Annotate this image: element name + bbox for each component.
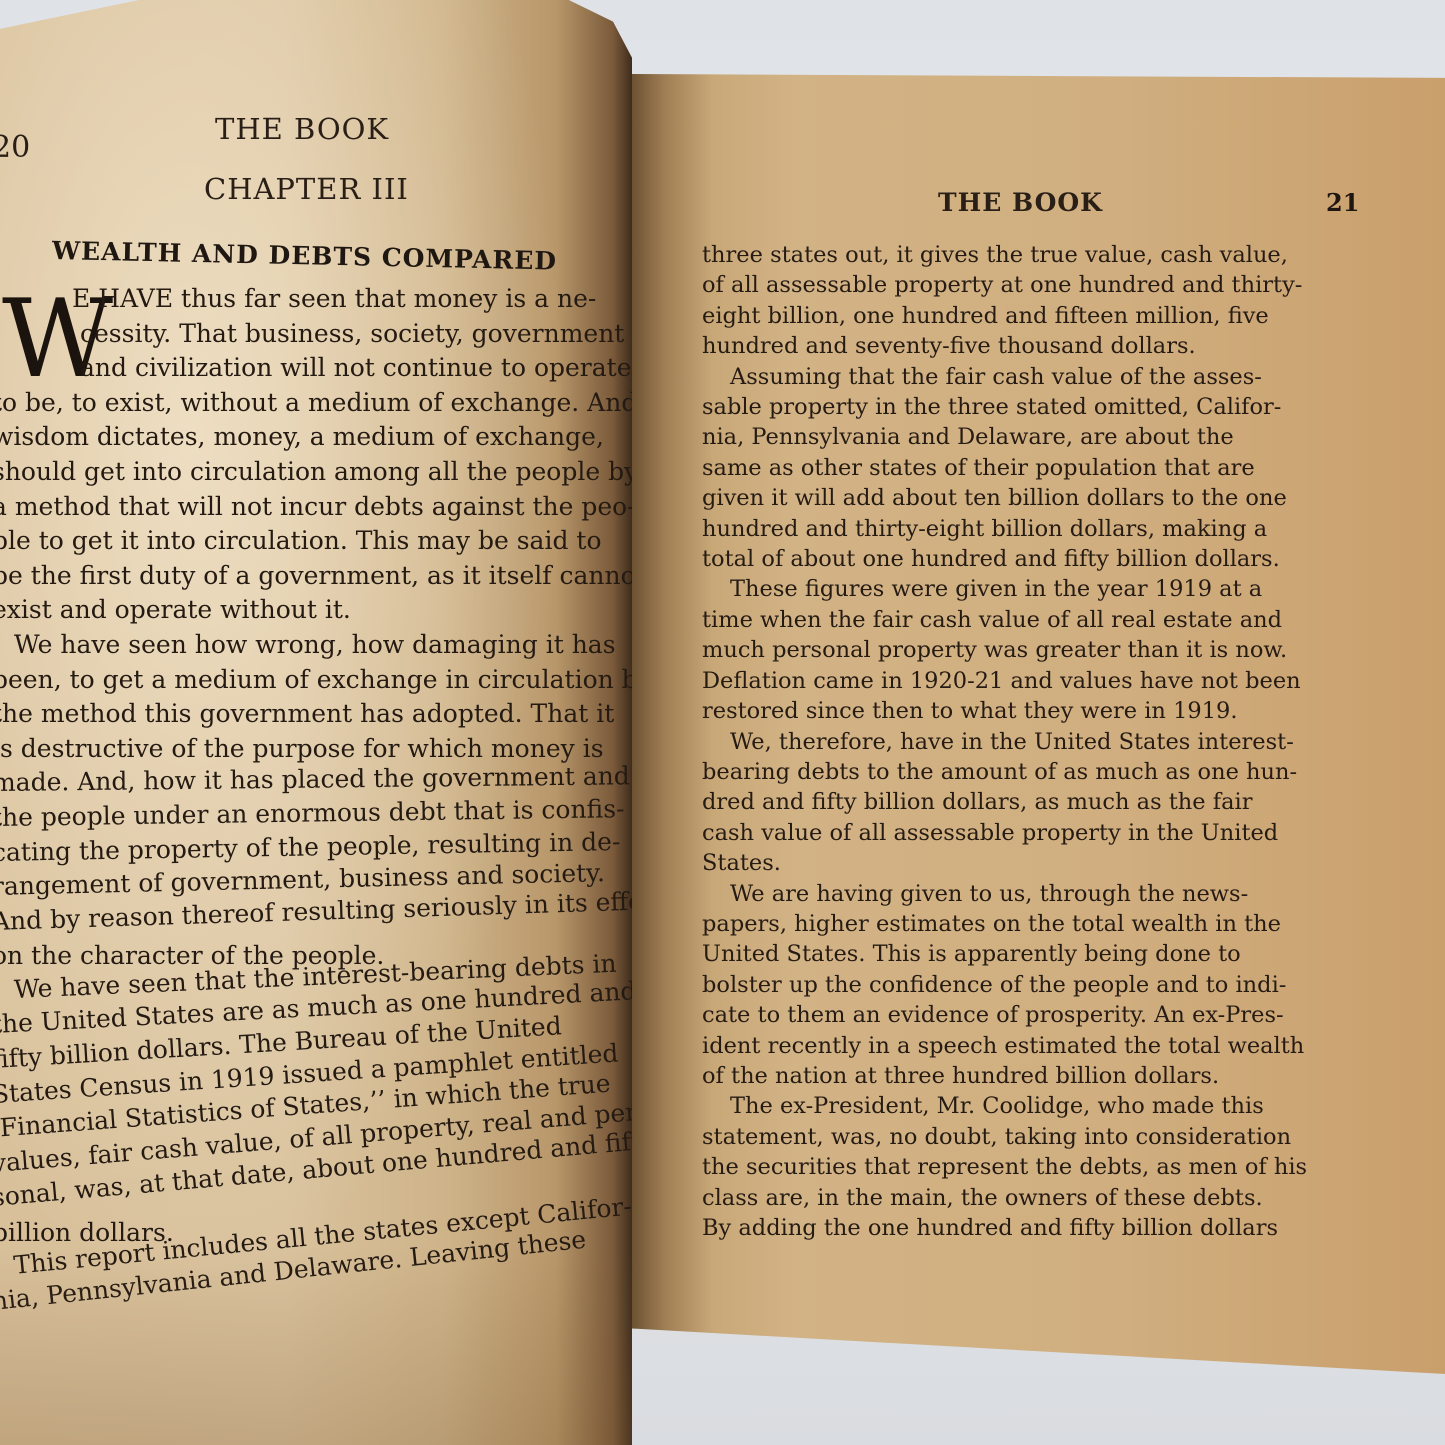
text-line: ident recently in a speech estimated the… xyxy=(702,1031,1362,1061)
text-line: E HAVE thus far seen that money is a ne- xyxy=(0,282,632,317)
text-line: and civilization will not continue to op… xyxy=(0,351,632,386)
text-line: of the nation at three hundred billion d… xyxy=(702,1061,1362,1091)
text-line: total of about one hundred and fifty bil… xyxy=(702,544,1362,574)
text-line: much personal property was greater than … xyxy=(702,635,1362,665)
text-line: hundred and seventy-five thousand dollar… xyxy=(702,331,1362,361)
text-line: By adding the one hundred and fifty bill… xyxy=(702,1213,1362,1243)
left-page: 20 THE BOOK CHAPTER III WEALTH AND DEBTS… xyxy=(0,0,632,1445)
text-line: statement, was, no doubt, taking into co… xyxy=(702,1122,1362,1152)
text-line: cash value of all assessable property in… xyxy=(702,818,1362,848)
paragraph: three states out, it gives the true valu… xyxy=(702,240,1362,362)
text-line: same as other states of their population… xyxy=(702,453,1362,483)
text-line: exist and operate without it. xyxy=(0,593,632,628)
text-line: ple to get it into circulation. This may… xyxy=(0,524,632,559)
paragraph: We, therefore, have in the United States… xyxy=(702,727,1362,879)
chapter-title: WEALTH AND DEBTS COMPARED xyxy=(52,236,558,276)
text-line: cessity. That business, society, governm… xyxy=(0,317,632,352)
text-line: Assuming that the fair cash value of the… xyxy=(702,362,1362,392)
text-line: cate to them an evidence of prosperity. … xyxy=(702,1000,1362,1030)
text-line: bearing debts to the amount of as much a… xyxy=(702,757,1362,787)
text-line: a method that will not incur debts again… xyxy=(0,490,632,525)
text-line: been, to get a medium of exchange in cir… xyxy=(0,663,632,698)
text-line: the securities that represent the debts,… xyxy=(702,1152,1362,1182)
paragraph: We are having given to us, through the n… xyxy=(702,879,1362,1092)
left-page-number: 20 xyxy=(0,130,30,165)
text-line: to be, to exist, without a medium of exc… xyxy=(0,386,632,421)
right-running-head: THE BOOK xyxy=(938,188,1103,217)
text-line: nia, Pennsylvania and Delaware, are abou… xyxy=(702,422,1362,452)
text-line: Deflation came in 1920-21 and values hav… xyxy=(702,666,1362,696)
text-line: three states out, it gives the true valu… xyxy=(702,240,1362,270)
text-line: United States. This is apparently being … xyxy=(702,939,1362,969)
text-line: States. xyxy=(702,848,1362,878)
text-line: class are, in the main, the owners of th… xyxy=(702,1183,1362,1213)
text-line: wisdom dictates, money, a medium of exch… xyxy=(0,420,632,455)
text-line: should get into circulation among all th… xyxy=(0,455,632,490)
left-running-head: THE BOOK xyxy=(215,112,389,146)
text-line: the method this government has adopted. … xyxy=(0,697,632,732)
text-line: These figures were given in the year 191… xyxy=(702,574,1362,604)
text-line: time when the fair cash value of all rea… xyxy=(702,605,1362,635)
paragraph: These figures were given in the year 191… xyxy=(702,574,1362,726)
text-line: of all assessable property at one hundre… xyxy=(702,270,1362,300)
text-line: be the first duty of a government, as it… xyxy=(0,559,632,594)
text-line: bolster up the confidence of the people … xyxy=(702,970,1362,1000)
chapter-label: CHAPTER III xyxy=(204,172,409,206)
text-line: hundred and thirty-eight billion dollars… xyxy=(702,514,1362,544)
text-line: dred and fifty billion dollars, as much … xyxy=(702,787,1362,817)
right-page: THE BOOK 21 three states out, it gives t… xyxy=(632,74,1445,1374)
paragraph: Assuming that the fair cash value of the… xyxy=(702,362,1362,575)
text-line: eight billion, one hundred and fifteen m… xyxy=(702,301,1362,331)
text-line: We have seen how wrong, how damaging it … xyxy=(0,628,632,663)
text-line: The ex-President, Mr. Coolidge, who made… xyxy=(702,1091,1362,1121)
text-line: restored since then to what they were in… xyxy=(702,696,1362,726)
text-line: We are having given to us, through the n… xyxy=(702,879,1362,909)
text-line: sable property in the three stated omitt… xyxy=(702,392,1362,422)
paragraph: The ex-President, Mr. Coolidge, who made… xyxy=(702,1091,1362,1243)
text-line: papers, higher estimates on the total we… xyxy=(702,909,1362,939)
left-page-body: E HAVE thus far seen that money is a ne-… xyxy=(0,282,632,1320)
text-line: given it will add about ten billion doll… xyxy=(702,483,1362,513)
right-page-body: three states out, it gives the true valu… xyxy=(702,240,1362,1243)
text-line: We, therefore, have in the United States… xyxy=(702,727,1362,757)
right-page-number: 21 xyxy=(1326,188,1359,217)
